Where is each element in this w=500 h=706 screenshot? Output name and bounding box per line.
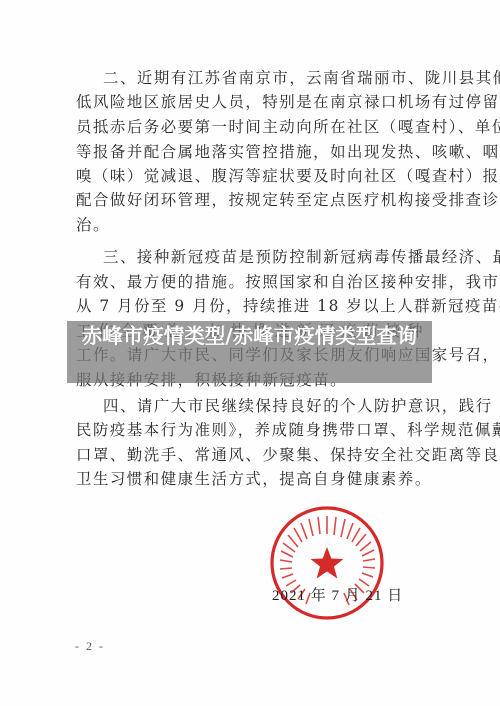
signature-date: 2021 年 7 月 21 日 (272, 584, 403, 608)
paragraph-4-line-4: 卫生习惯和健康生活方式，提高自身健康素养。 (76, 467, 424, 491)
paragraph-2-line-7: 治。 (76, 213, 424, 237)
paragraph-4-line-2: 民防疫基本行为准则》，养成随身携带口罩、科学规范佩戴 (76, 418, 424, 442)
paragraph-2-line-6: 配合做好闭环管理，按规定转至定点医疗机构接受排查诊 (76, 188, 424, 212)
paragraph-3-line-2: 有效、最方便的措施。按照国家和自治区接种安排，我市将 (76, 270, 424, 294)
paragraph-2-line-3: 员抵赤后务必要第一时间主动向所在社区（嘎查村）、单位 (76, 115, 424, 139)
paragraph-2-line-5: 嗅（味）觉减退、腹泻等症状要及时向社区（嘎查村）报告， (76, 164, 424, 188)
paragraph-4-line-3: 口罩、勤洗手、常通风、少聚集、保持安全社交距离等良好 (76, 443, 424, 467)
paragraph-3-line-1: 三、接种新冠疫苗是预防控制新冠病毒传播最经济、最 (103, 245, 424, 269)
paragraph-3-line-3: 从 7 月份至 9 月份，持续推进 18 岁以上人群新冠疫苗接种 (76, 294, 424, 318)
overlay-title: 赤峰市疫情类型/赤峰市疫情类型查询 (77, 323, 422, 350)
paragraph-2-line-1: 二、近期有江苏省南京市，云南省瑞丽市、陇川县其他 (103, 66, 424, 90)
title-overlay-band: 赤峰市疫情类型/赤峰市疫情类型查询 (67, 321, 432, 383)
page-number: - 2 - (75, 636, 105, 656)
paragraph-2-line-2: 低风险地区旅居史人员，特别是在南京禄口机场有过停留人 (76, 90, 424, 114)
paragraph-2-line-4: 等报备并配合属地落实管控措施，如出现发热、咳嗽、咽痛、 (76, 140, 424, 164)
paragraph-4-line-1: 四、请广大市民继续保持良好的个人防护意识，践行《公 (103, 394, 424, 418)
document-page: 二、近期有江苏省南京市，云南省瑞丽市、陇川县其他 低风险地区旅居史人员，特别是在… (0, 0, 500, 706)
